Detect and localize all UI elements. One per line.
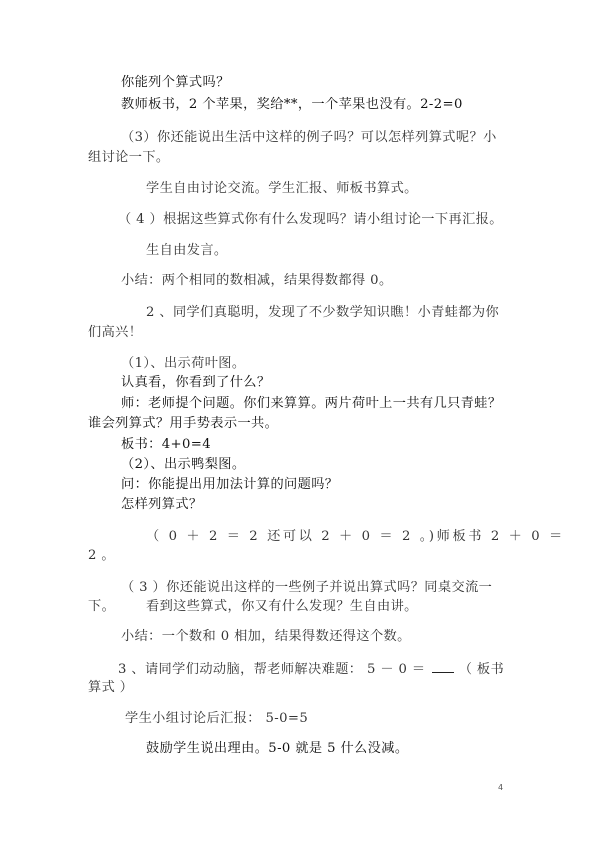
summary-line: 小结：两个相同的数相减，结果得数都得 0。 [121,273,393,289]
question-line: 算式 ） [88,680,133,696]
paragraph-line: （1）、出示荷叶图。 [121,356,245,372]
paragraph-line: （3）你还能说出生活中这样的例子吗？可以怎样列算式呢？小 [121,130,497,146]
paragraph-line: 问：你能提出用加法计算的问题吗？ [121,477,338,493]
equation-line: （ 0 ＋ 2 ＝ 2 还可以 2 ＋ 0 ＝ 2 。)师板书 2 ＋ 0 ＝ [146,529,565,545]
question-suffix: （ 板书 [459,662,504,677]
paragraph-line: 学生自由讨论交流。学生汇报、师板书算式。 [146,181,418,197]
paragraph-line: 组讨论一下。 [88,150,170,166]
page-number: 4 [498,783,503,792]
board-writing: 板书：4+0=4 [121,437,211,453]
paragraph-line: （2）、出示鸭梨图。 [121,457,245,473]
equation-line: 2 。 [88,548,115,564]
summary-line: 小结：一个数和 0 相加，结果得数还得这个数。 [121,629,411,645]
paragraph-line: 你能列个算式吗？ [121,75,230,91]
document-page: 你能列个算式吗？ 教师板书，2 个苹果，奖给**，一个苹果也没有。2-2=0 （… [0,0,595,842]
paragraph-line: 2 、同学们真聪明，发现了不少数学知识瞧！小青蛙都为你 [146,305,499,321]
paragraph-line: 教师板书，2 个苹果，奖给**，一个苹果也没有。2-2=0 [121,97,463,113]
paragraph-line: 怎样列算式？ [121,497,203,513]
answer-blank [432,660,454,673]
paragraph-line: 生自由发言。 [146,243,228,259]
paragraph-line: 看到这些算式，你又有什么发现？生自由讲。 [146,599,418,615]
question-text: 3 、请同学们动动脑，帮老师解决难题： 5 － 0 ＝ [118,662,426,677]
paragraph-line: 认真看，你看到了什么？ [121,375,270,391]
question-line: 3 、请同学们动动脑，帮老师解决难题： 5 － 0 ＝ （ 板书 [118,660,504,678]
paragraph-line: 谁会列算式？用手势表示一共。 [88,416,278,432]
paragraph-line: 师：老师提个问题。你们来算算。两片荷叶上一共有几只青蛙？ [121,396,501,412]
report-line: 学生小组讨论后汇报： 5-0=5 [125,711,308,727]
paragraph-line: 鼓励学生说出理由。5-0 就是 5 什么没减。 [146,741,408,757]
paragraph-line: 们高兴！ [88,325,142,341]
paragraph-line: （ 4 ）根据这些算式你有什么发现吗？请小组讨论一下再汇报。 [118,212,503,228]
paragraph-line: 下。 [88,599,115,615]
paragraph-line: （ 3 ）你还能说出这样的一些例子并说出算式吗？同桌交流一 [121,580,492,596]
